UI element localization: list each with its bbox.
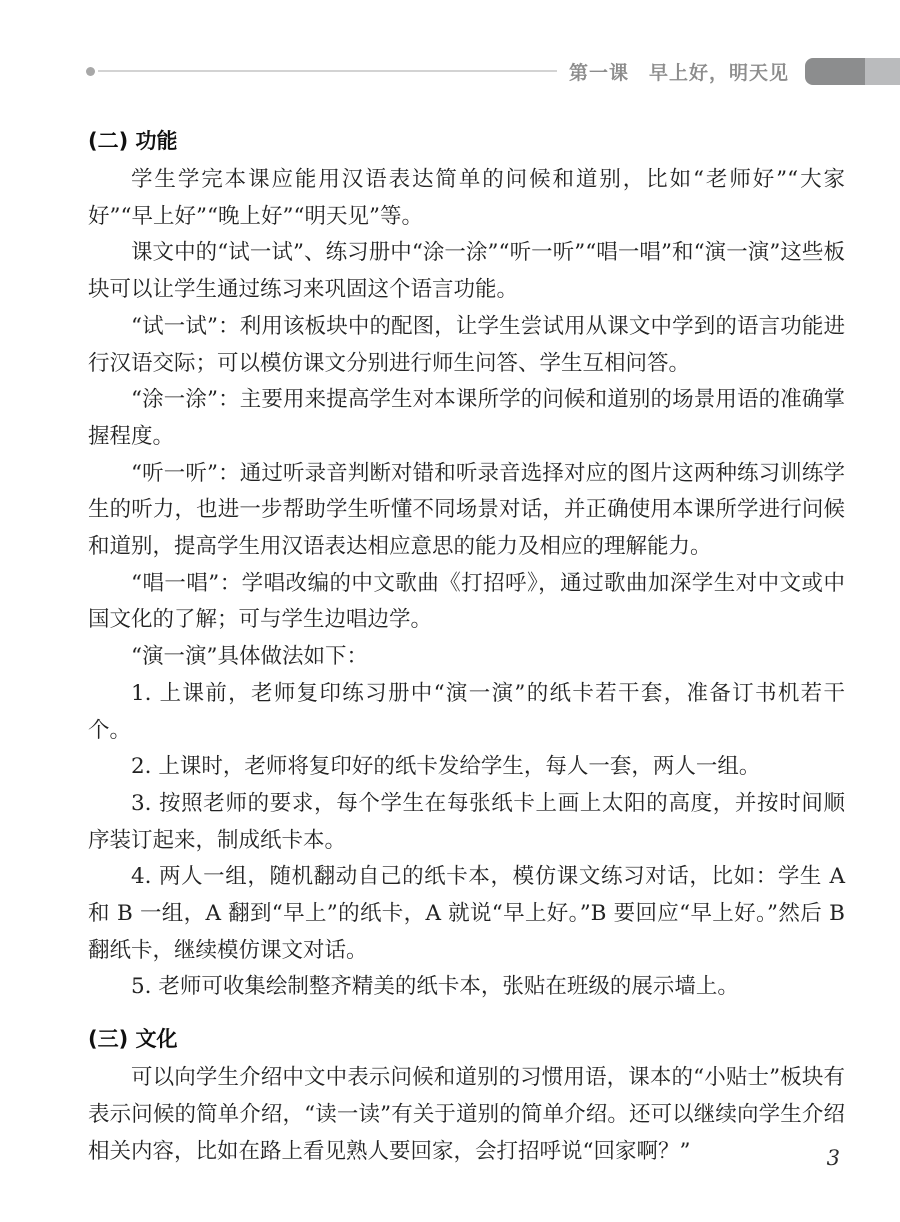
numbered-step: 1. 上课前，老师复印练习册中“演一演”的纸卡若干套，准备订书机若干个。 xyxy=(88,676,845,749)
section-heading-culture: (三) 文化 xyxy=(88,1024,845,1054)
page-number: 3 xyxy=(827,1146,840,1170)
textbook-page: 第一课 早上好，明天见 (二) 功能 学生学完本课应能用汉语表达简单的问候和道别… xyxy=(0,0,900,1222)
paragraph: “听一听”：通过听录音判断对错和听录音选择对应的图片这两种练习训练学生的听力，也… xyxy=(88,456,845,566)
page-content: (二) 功能 学生学完本课应能用汉语表达简单的问候和道别，比如“老师好”“大家好… xyxy=(88,126,845,1170)
paragraph: 课文中的“试一试”、练习册中“涂一涂”“听一听”“唱一唱”和“演一演”这些板块可… xyxy=(88,235,845,308)
header-dot-icon xyxy=(86,67,95,76)
numbered-step: 5. 老师可收集绘制整齐精美的纸卡本，张贴在班级的展示墙上。 xyxy=(88,969,845,1006)
numbered-step: 2. 上课时，老师将复印好的纸卡发给学生，每人一套，两人一组。 xyxy=(88,749,845,786)
paragraph: “演一演”具体做法如下： xyxy=(88,639,845,676)
section-function: (二) 功能 学生学完本课应能用汉语表达简单的问候和道别，比如“老师好”“大家好… xyxy=(88,126,845,1006)
paragraph: 可以向学生介绍中文中表示问候和道别的习惯用语，课本的“小贴士”板块有表示问候的简… xyxy=(88,1060,845,1170)
page-header: 第一课 早上好，明天见 xyxy=(86,57,900,85)
numbered-step: 4. 两人一组，随机翻动自己的纸卡本，模仿课文练习对话，比如：学生 A 和 B … xyxy=(88,859,845,969)
chapter-title: 第一课 早上好，明天见 xyxy=(569,58,789,85)
paragraph: “涂一涂”：主要用来提高学生对本课所学的问候和道别的场景用语的准确掌握程度。 xyxy=(88,382,845,455)
section-culture: (三) 文化 可以向学生介绍中文中表示问候和道别的习惯用语，课本的“小贴士”板块… xyxy=(88,1024,845,1170)
paragraph: “试一试”：利用该板块中的配图，让学生尝试用从课文中学到的语言功能进行汉语交际；… xyxy=(88,309,845,382)
paragraph: “唱一唱”：学唱改编的中文歌曲《打招呼》，通过歌曲加深学生对中文或中国文化的了解… xyxy=(88,566,845,639)
chapter-tab-dark-segment xyxy=(805,58,865,85)
header-rule-line xyxy=(98,70,557,72)
paragraph: 学生学完本课应能用汉语表达简单的问候和道别，比如“老师好”“大家好”“早上好”“… xyxy=(88,162,845,235)
chapter-tab-marker xyxy=(805,58,900,85)
numbered-step: 3. 按照老师的要求，每个学生在每张纸卡上画上太阳的高度，并按时间顺序装订起来，… xyxy=(88,786,845,859)
chapter-tab-light-segment xyxy=(865,58,900,85)
section-heading-function: (二) 功能 xyxy=(88,126,845,156)
